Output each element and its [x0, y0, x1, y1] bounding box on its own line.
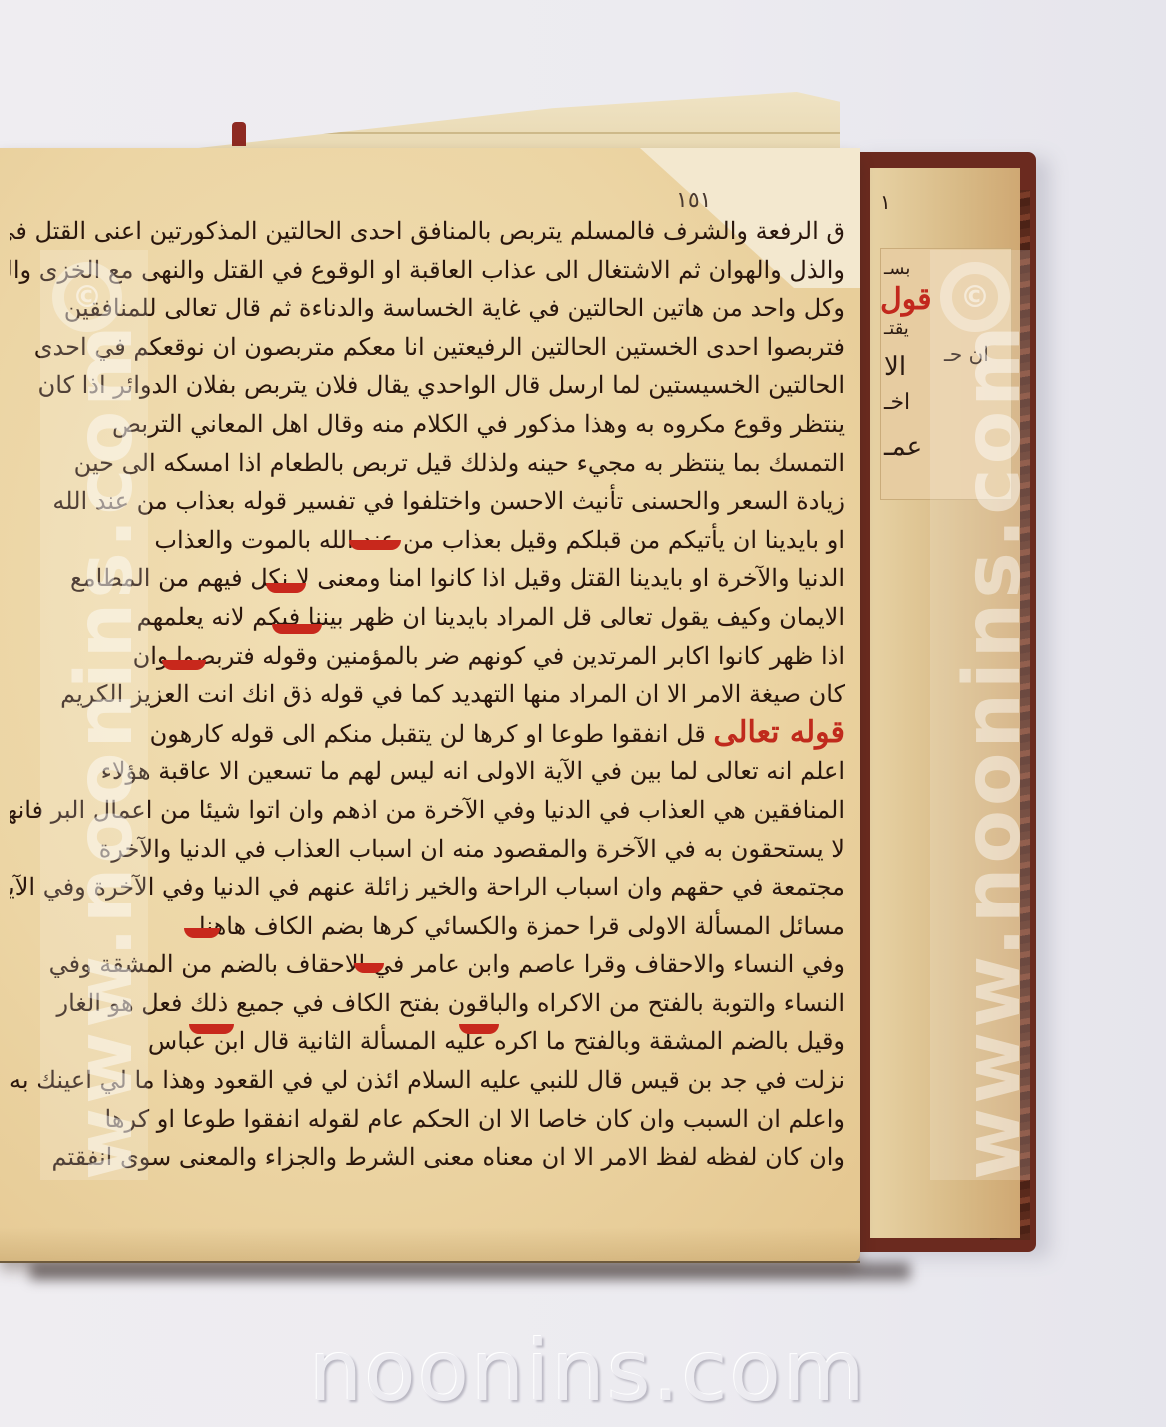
vertical-watermark-right: www.noonins.com: [948, 322, 1038, 1180]
back-leaf-fragment: بسـ: [884, 258, 910, 279]
back-leaf-fragment: الا: [884, 352, 906, 382]
red-section-heading: قوله تعالى: [713, 715, 845, 750]
text-line: ق الرفعة والشرف فالمسلم يتربص بالمنافق ا…: [10, 212, 845, 251]
red-rubric-mark: [459, 1024, 499, 1034]
bottom-watermark: noonins.com: [228, 1322, 948, 1420]
folio-number: ١٥١: [676, 188, 711, 213]
back-leaf-number: ١: [880, 190, 891, 214]
text-line-content: قل انفقوا طوعا او كرها لن يتقبل منكم الى…: [150, 720, 706, 748]
back-leaf-fragment: يقتـ: [884, 318, 909, 339]
red-rubric-mark: [272, 624, 322, 634]
red-rubric-mark: [162, 660, 206, 670]
vertical-watermark-left: www.noonins.com: [60, 322, 150, 1180]
red-rubric-mark: [266, 583, 306, 593]
back-leaf-red-heading: قول: [880, 282, 932, 317]
red-rubric-mark: [189, 1024, 234, 1034]
book-shadow: [30, 1262, 910, 1280]
back-leaf-fragment: اخـ: [884, 390, 910, 415]
manuscript-photo: ١ بسـ قول يقتـ الا اخـ عمـ ان حـ ١٥١ ق ا…: [0, 0, 1166, 1427]
red-rubric-mark: [184, 928, 220, 938]
red-rubric-mark: [349, 540, 401, 550]
back-leaf-fragment: عمـ: [884, 432, 922, 462]
bookmark-ribbon: [232, 122, 246, 146]
